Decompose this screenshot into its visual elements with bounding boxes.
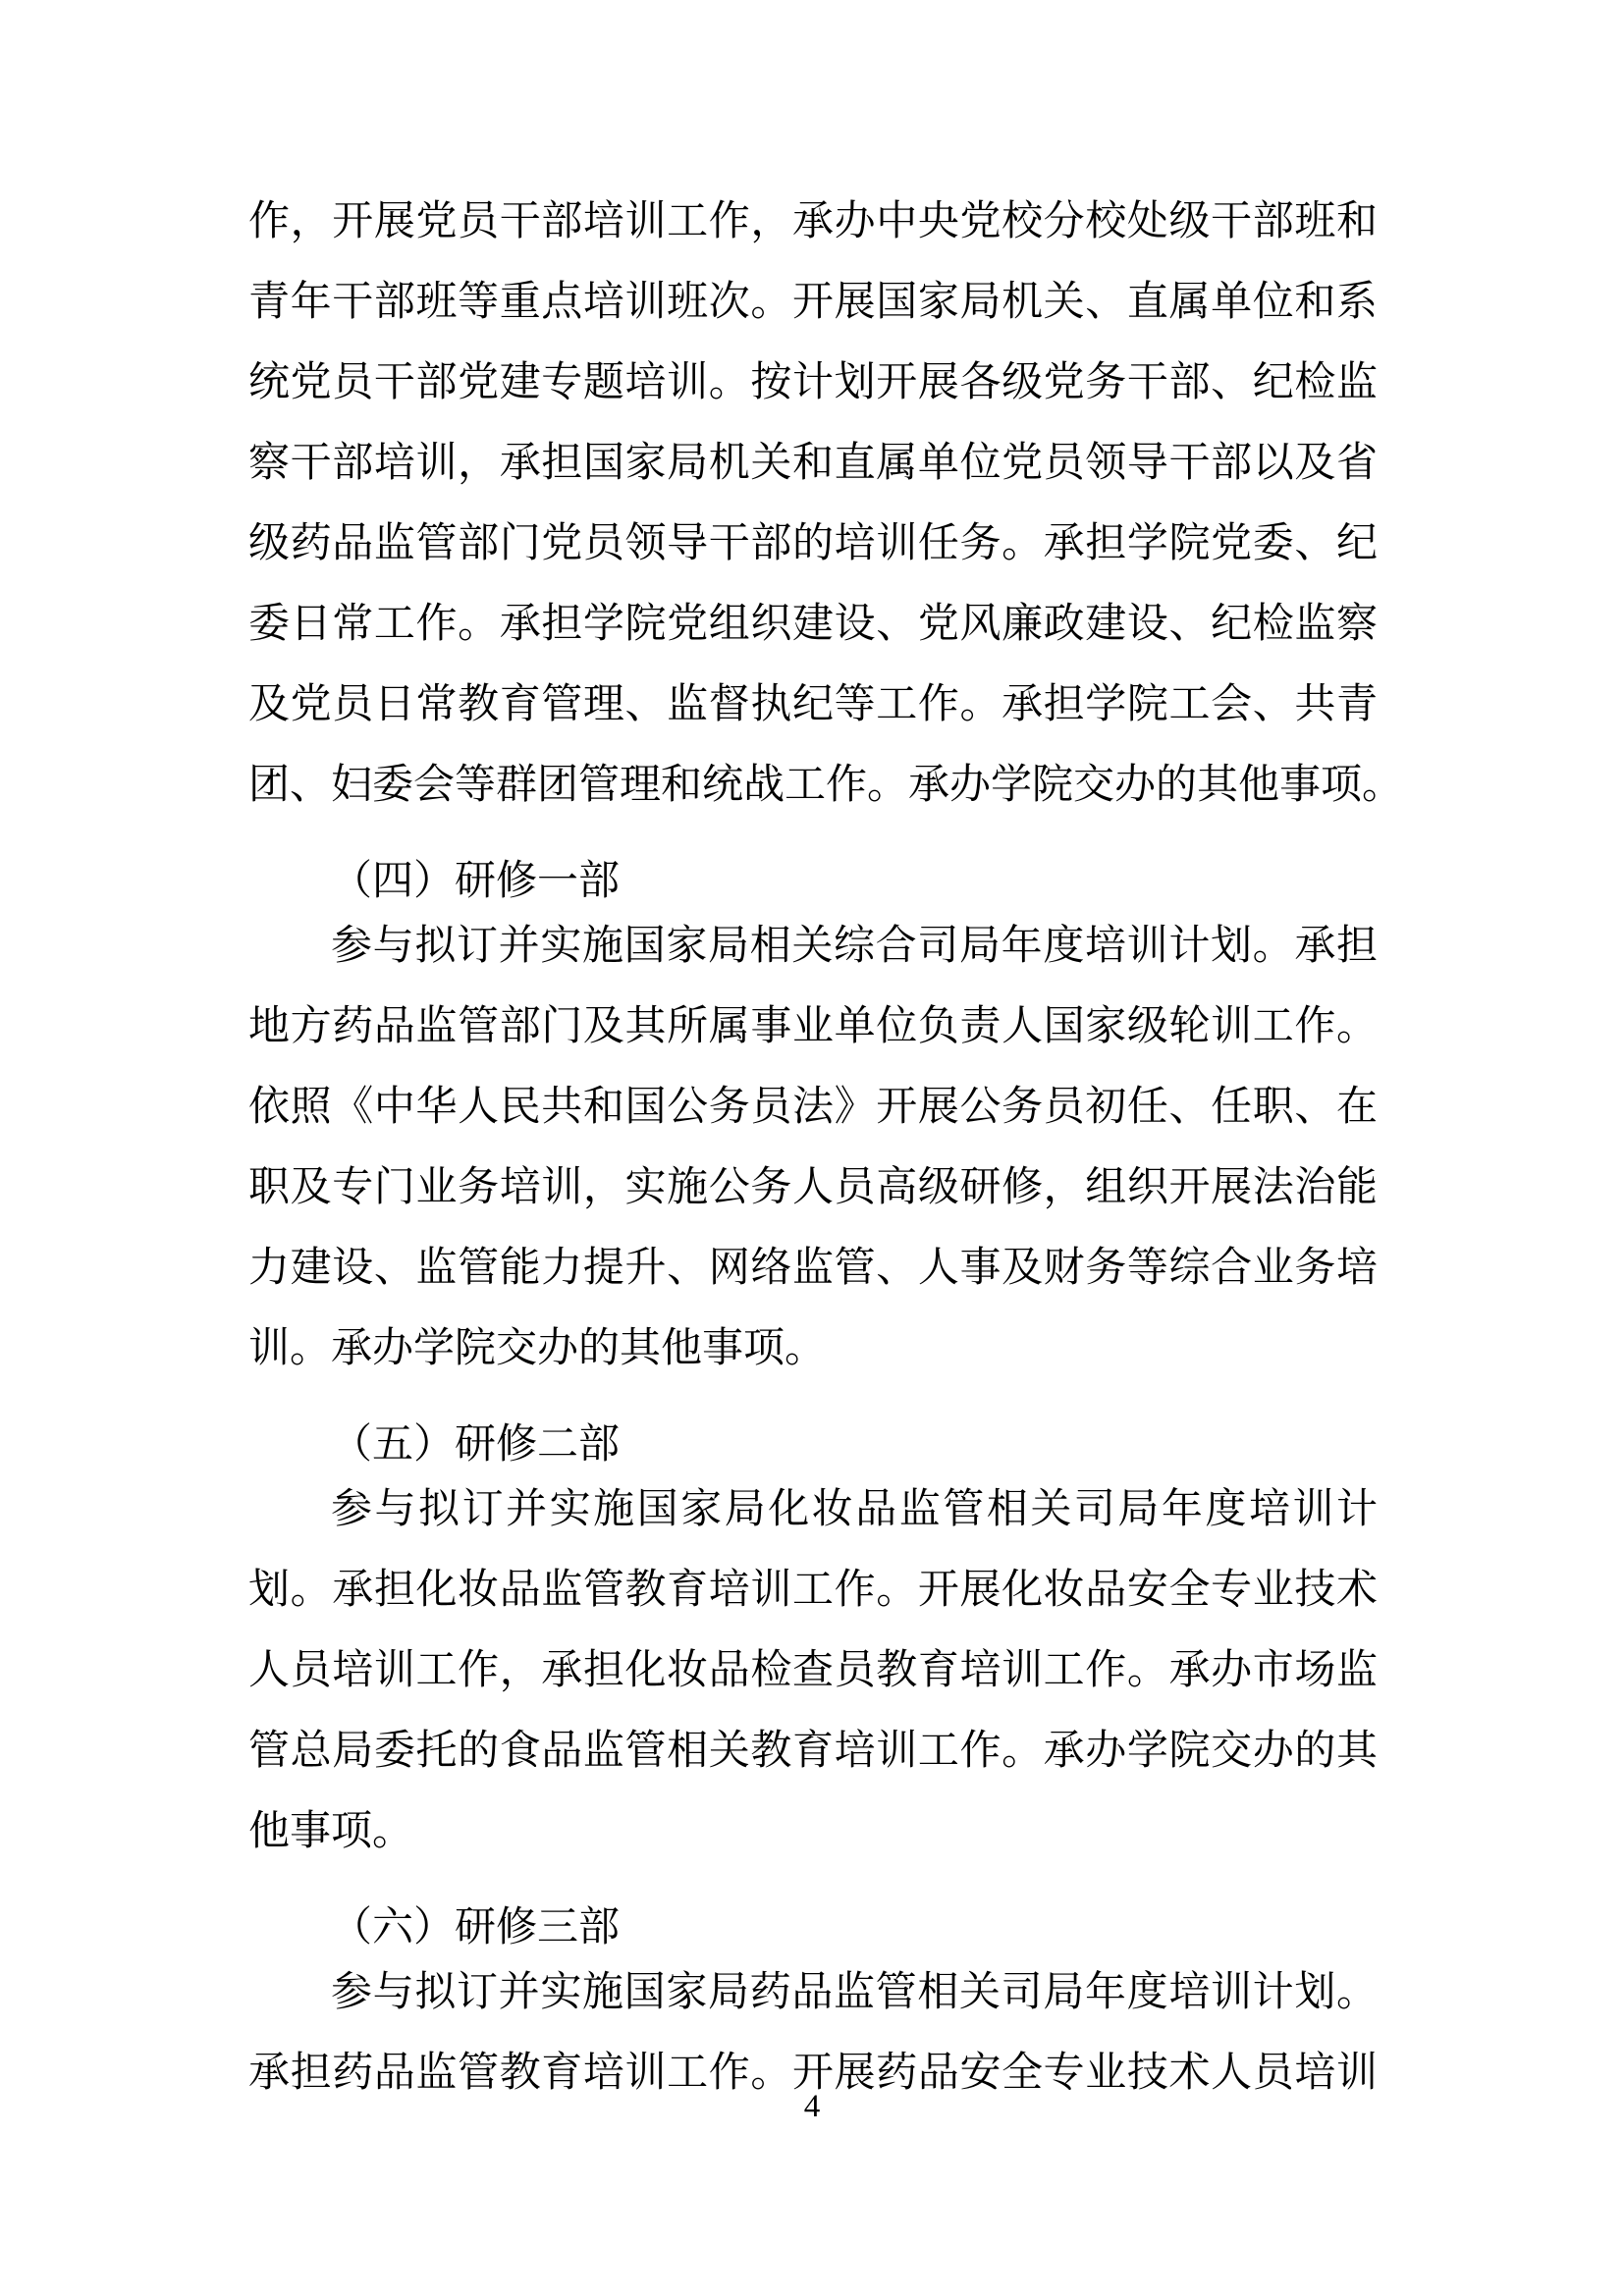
text-line: 统党员干部党建专题培训。按计划开展各级党务干部、纪检监 [248, 343, 1378, 423]
text-line: 力建设、监管能力提升、网络监管、人事及财务等综合业务培 [248, 1228, 1378, 1308]
text-line: 训。承办学院交办的其他事项。 [248, 1308, 1378, 1389]
text-line: 职及专门业务培训，实施公务人员高级研修，组织开展法治能 [248, 1148, 1378, 1228]
text-line: 团、妇委会等群团管理和统战工作。承办学院交办的其他事项。 [248, 745, 1378, 826]
page-number: 4 [0, 2087, 1624, 2126]
paragraph-continuation: 作，开展党员干部培训工作，承办中央党校分校处级干部班和 青年干部班等重点培训班次… [248, 182, 1378, 826]
text-line: 划。承担化妆品监管教育培训工作。开展化妆品安全专业技术 [248, 1550, 1378, 1630]
text-line: 他事项。 [248, 1791, 1378, 1872]
text-line: 青年干部班等重点培训班次。开展国家局机关、直属单位和系 [248, 262, 1378, 343]
text-line: 地方药品监管部门及其所属事业单位负责人国家级轮训工作。 [248, 987, 1378, 1067]
text-line: 人员培训工作，承担化妆品检查员教育培训工作。承办市场监 [248, 1630, 1378, 1711]
text-line: 依照《中华人民共和国公务员法》开展公务员初任、任职、在 [248, 1067, 1378, 1148]
document-page: 作，开展党员干部培训工作，承办中央党校分校处级干部班和 青年干部班等重点培训班次… [0, 0, 1624, 2296]
text-line: 作，开展党员干部培训工作，承办中央党校分校处级干部班和 [248, 182, 1378, 262]
text-line: 管总局委托的食品监管相关教育培训工作。承办学院交办的其 [248, 1711, 1378, 1791]
paragraph-section-five: 参与拟订并实施国家局化妆品监管相关司局年度培训计 划。承担化妆品监管教育培训工作… [248, 1469, 1378, 1872]
text-line: 参与拟订并实施国家局相关综合司局年度培训计划。承担 [248, 906, 1378, 987]
document-body: 作，开展党员干部培训工作，承办中央党校分校处级干部班和 青年干部班等重点培训班次… [248, 182, 1378, 2113]
text-line: 及党员日常教育管理、监督执纪等工作。承担学院工会、共青 [248, 665, 1378, 745]
text-line: 察干部培训，承担国家局机关和直属单位党员领导干部以及省 [248, 423, 1378, 504]
text-line: 参与拟订并实施国家局药品监管相关司局年度培训计划。 [248, 1952, 1378, 2033]
text-line: 级药品监管部门党员领导干部的培训任务。承担学院党委、纪 [248, 504, 1378, 584]
text-line: 委日常工作。承担学院党组织建设、党风廉政建设、纪检监察 [248, 584, 1378, 665]
paragraph-section-four: 参与拟订并实施国家局相关综合司局年度培训计划。承担 地方药品监管部门及其所属事业… [248, 906, 1378, 1389]
text-line: 参与拟订并实施国家局化妆品监管相关司局年度培训计 [248, 1469, 1378, 1550]
